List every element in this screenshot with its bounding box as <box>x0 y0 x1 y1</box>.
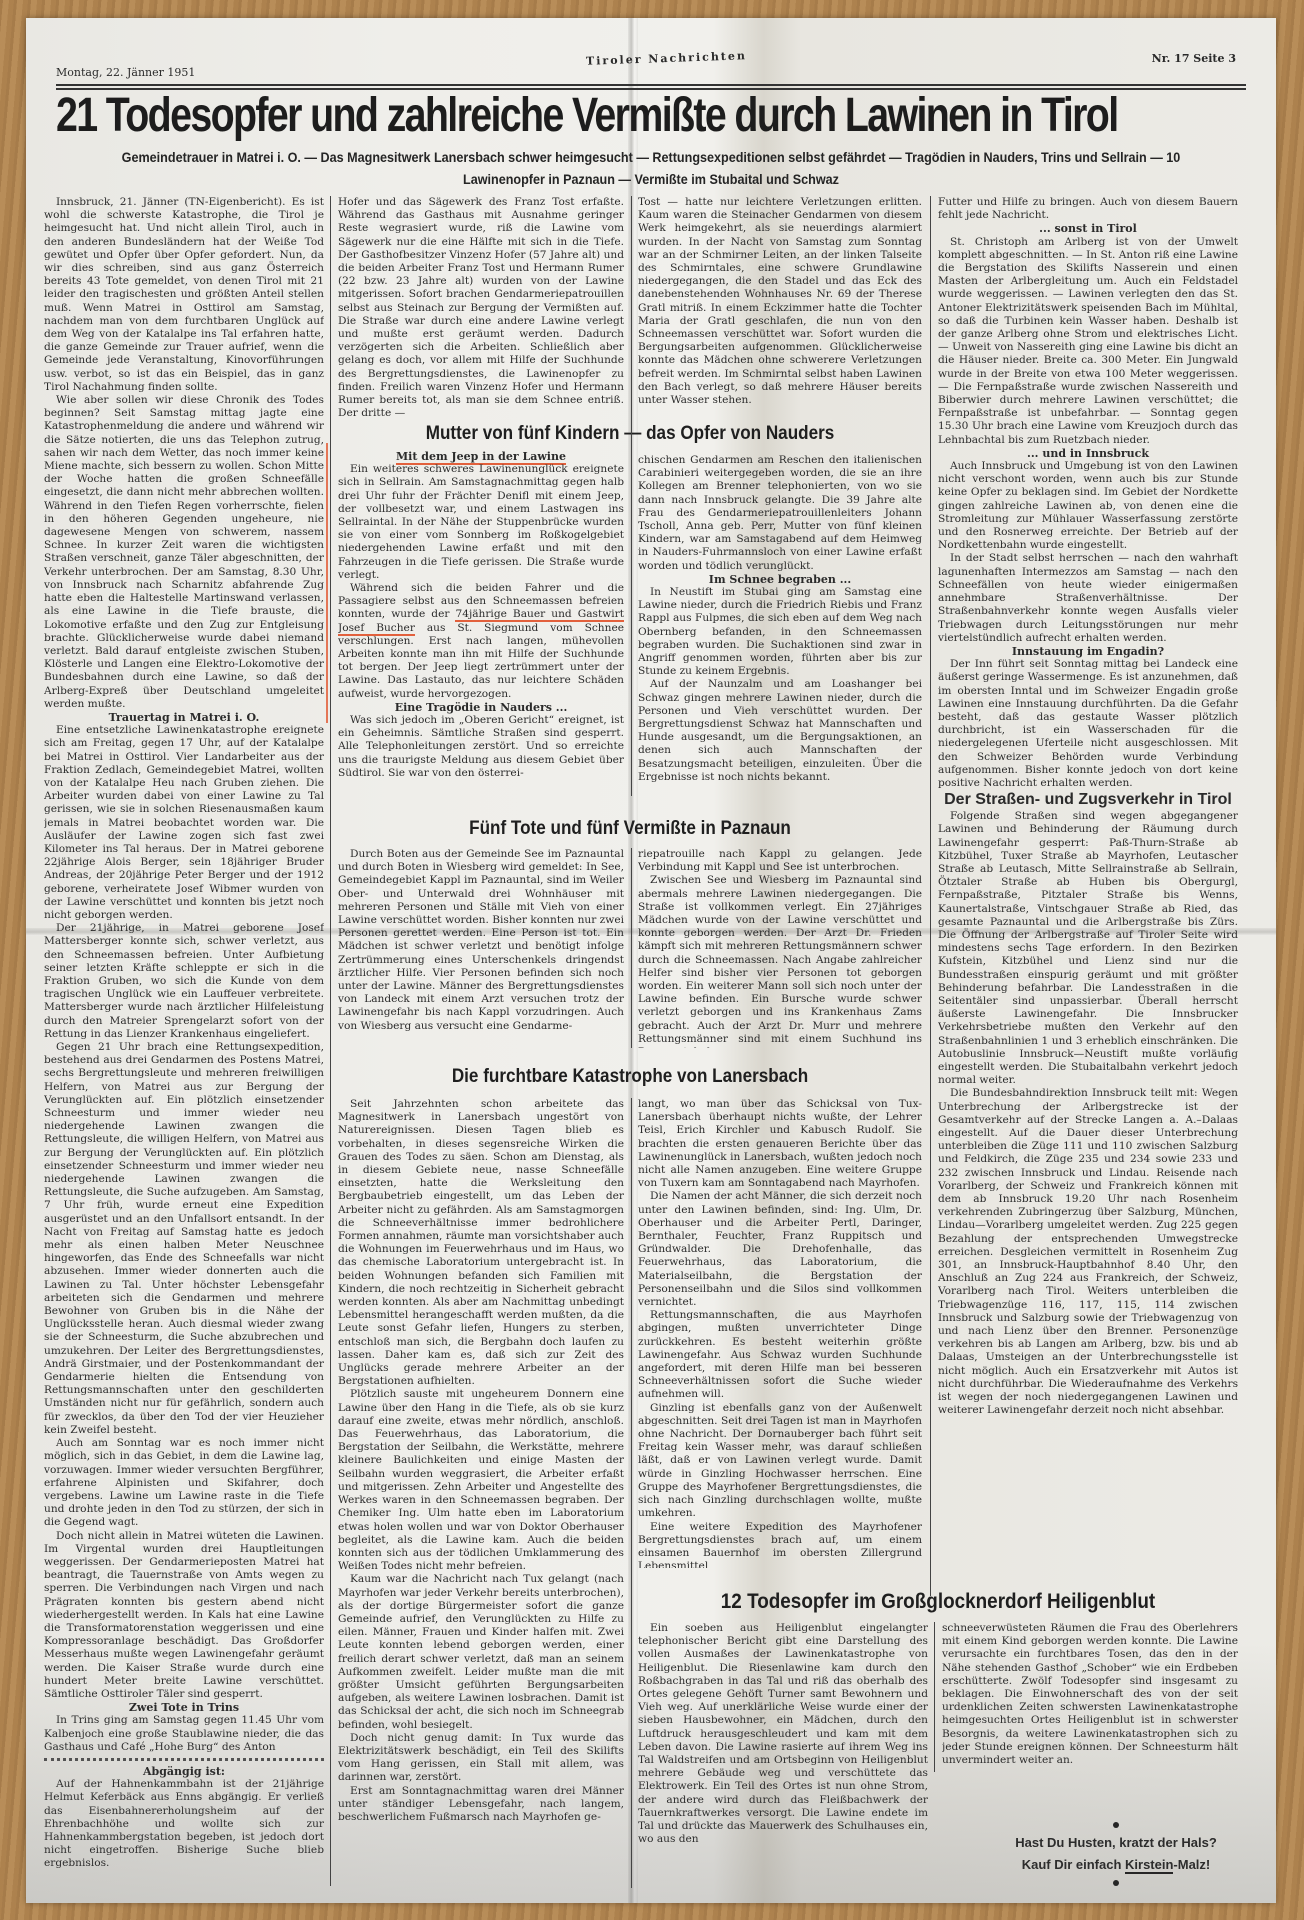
heiligenblut-left: Ein soeben aus Heiligenblut eingelangter… <box>638 1622 928 1892</box>
column-3-top: Tost — hatte nur leichtere Verletzungen … <box>638 196 922 418</box>
column-rule <box>631 1098 632 1888</box>
paragraph: Die Bundesbahndirektion Innsbruck teilt … <box>938 1087 1238 1417</box>
ad-line-2: Kauf Dir einfach Kirstein-Malz! <box>986 1854 1246 1876</box>
paragraph: Eine weitere Expedition des Mayrhofener … <box>638 1521 922 1569</box>
paragraph: Futter und Hilfe zu bringen. Auch von di… <box>938 196 1238 222</box>
paragraph: Ginzling ist ebenfalls ganz von der Auße… <box>638 1402 922 1521</box>
masthead: Montag, 22. Jänner 1951 Tiroler Nachrich… <box>56 48 1246 88</box>
column-3-lanersbach: langt, wo man über das Schicksal von Tux… <box>638 1098 922 1568</box>
subsection-heading: Zwei Tote in Trins <box>44 1701 324 1714</box>
paragraph: Doch nicht allein in Matrei wüteten die … <box>44 1530 324 1702</box>
paragraph: langt, wo man über das Schicksal von Tux… <box>638 1098 922 1190</box>
paragraph: Plötzlich sauste mit ungeheurem Donnern … <box>338 1388 624 1573</box>
section-divider <box>44 1758 324 1761</box>
paragraph: Ein weiteres schweres Lawinenunglück ere… <box>338 463 624 582</box>
paragraph: Rettungsmannschaften, die aus Mayrhofen … <box>638 1309 922 1401</box>
paragraph: Hofer und das Sägewerk des Franz Tost er… <box>338 196 624 418</box>
column-rule <box>631 848 632 1048</box>
paragraph: In Trins ging am Samstag gegen 11.45 Uhr… <box>44 1714 324 1754</box>
paragraph: Auch Innsbruck und Umgebung ist von den … <box>938 460 1238 552</box>
section-heading-paznaun: Fünf Tote und fünf Vermißte in Paznaun <box>367 818 893 840</box>
paragraph: Seit Jahrzehnten schon arbeitete das Mag… <box>338 1098 624 1388</box>
subsection-heading: ... und in Innsbruck <box>938 447 1238 460</box>
column-2-paznaun: Durch Boten aus der Gemeinde See im Pazn… <box>338 848 624 1048</box>
vertical-fold <box>628 18 638 1903</box>
paragraph: St. Christoph am Arlberg ist von der Umw… <box>938 236 1238 447</box>
paragraph: Der Inn führt seit Sonntag mittag bei La… <box>938 658 1238 790</box>
paragraph: Erst am Sonntagnachmittag waren drei Män… <box>338 1785 624 1825</box>
subsection-heading: Abgängig ist: <box>44 1765 324 1778</box>
paragraph: Folgende Straßen sind wegen abgegangener… <box>938 810 1238 1087</box>
advertisement: Hast Du Husten, kratzt der Hals? Kauf Di… <box>986 1818 1246 1890</box>
paragraph: Auf der Naunzalm und am Loashanger bei S… <box>638 678 922 784</box>
section-heading-traffic: Der Straßen- und Zugsverkehr in Tirol <box>938 790 1238 810</box>
column-rule <box>934 1622 935 1772</box>
column-3-paznaun: riepatrouille nach Kappl zu gelangen. Je… <box>638 848 922 1048</box>
column-1: Innsbruck, 21. Jänner (TN-Eigenbericht).… <box>44 196 324 1886</box>
section-heading-nauders: Mutter von fünf Kindern — das Opfer von … <box>367 423 893 445</box>
paragraph: chischen Gendarmen am Reschen den italie… <box>638 454 922 573</box>
paragraph: schneeverwüsteten Räumen die Frau des Ob… <box>942 1622 1238 1767</box>
paragraph: In der Stadt selbst herrschen — nach den… <box>938 552 1238 644</box>
paragraph: Ein soeben aus Heiligenblut eingelangter… <box>638 1622 928 1846</box>
paragraph: Die Namen der acht Männer, die sich derz… <box>638 1190 922 1309</box>
paragraph: Kaum war die Nachricht nach Tux gelangt … <box>338 1573 624 1731</box>
paragraph: Wie aber sollen wir diese Chronik des To… <box>44 394 324 711</box>
text: Kauf Dir einfach <box>1022 1857 1125 1872</box>
paragraph: Was sich jedoch im „Oberen Gericht“ erei… <box>338 714 624 780</box>
column-2-top: Hofer und das Sägewerk des Franz Tost er… <box>338 196 624 418</box>
issue-date: Montag, 22. Jänner 1951 <box>56 66 195 79</box>
column-3-mid: chischen Gendarmen am Reschen den italie… <box>638 454 922 794</box>
section-heading-lanersbach: Die furchtbare Katastrophe von Lanersbac… <box>367 1066 893 1088</box>
column-rule <box>631 196 632 796</box>
paragraph: Während sich die beiden Fahrer und die P… <box>338 582 624 701</box>
paragraph: Tost — hatte nur leichtere Verletzungen … <box>638 196 922 407</box>
column-4: Futter und Hilfe zu bringen. Auch von di… <box>938 196 1238 1576</box>
section-heading-heiligenblut: 12 Todesopfer im Großglocknerdorf Heilig… <box>668 1590 1208 1614</box>
paragraph: Der 21jährige, in Matrei geborene Josef … <box>44 922 324 1041</box>
ad-line-1: Hast Du Husten, kratzt der Hals? <box>986 1832 1246 1854</box>
subsection-heading: Trauertag in Matrei i. O. <box>44 711 324 724</box>
subsection-heading: Mit dem Jeep in der Lawine <box>338 450 624 463</box>
bullet-dot <box>1113 1880 1119 1886</box>
subsection-heading: Eine Tragödie in Nauders ... <box>338 701 624 714</box>
heiligenblut-right: schneeverwüsteten Räumen die Frau des Ob… <box>942 1622 1238 1772</box>
paragraph: Eine entsetzliche Lawinenkatastrophe ere… <box>44 724 324 922</box>
column-2-lanersbach: Seit Jahrzehnten schon arbeitete das Mag… <box>338 1098 624 1888</box>
paragraph: riepatrouille nach Kappl zu gelangen. Je… <box>638 848 922 874</box>
red-annotation-mark <box>326 443 328 723</box>
page-number: Nr. 17 Seite 3 <box>1152 52 1236 65</box>
newspaper-page: Montag, 22. Jänner 1951 Tiroler Nachrich… <box>26 18 1276 1903</box>
subheadline: Gemeindetrauer in Matrei i. O. — Das Mag… <box>116 146 1187 190</box>
article-lead: Innsbruck, 21. Jänner (TN-Eigenbericht).… <box>44 196 324 394</box>
paragraph: In Neustift im Stubai ging am Samstag ei… <box>638 586 922 678</box>
column-rule <box>930 196 931 1596</box>
paragraph: Auf der Hahnenkammbahn ist der 21jährige… <box>44 1778 324 1870</box>
main-headline: 21 Todesopfer und zahlreiche Vermißte du… <box>56 88 1229 143</box>
paragraph: Gegen 21 Uhr brach eine Rettungsexpediti… <box>44 1041 324 1437</box>
newspaper-name: Tiroler Nachrichten <box>586 49 747 68</box>
bullet-dot <box>1113 1822 1119 1828</box>
column-2-mid: Mit dem Jeep in der Lawine Ein weiteres … <box>338 450 624 790</box>
paragraph: Durch Boten aus der Gemeinde See im Pazn… <box>338 848 624 1033</box>
brand-name: Kirstein <box>1125 1857 1173 1874</box>
subsection-heading: ... sonst in Tirol <box>938 222 1238 235</box>
subsection-heading: Innstauung im Engadin? <box>938 645 1238 658</box>
paragraph: Zwischen See und Wiesberg im Paznauntal … <box>638 874 922 1048</box>
paragraph: Auch am Sonntag war es noch immer nicht … <box>44 1437 324 1529</box>
text: -Malz! <box>1173 1857 1210 1872</box>
column-rule <box>330 196 331 1886</box>
subsection-heading: Im Schnee begraben ... <box>638 573 922 586</box>
paragraph: Doch nicht genug damit: In Tux wurde das… <box>338 1732 624 1785</box>
